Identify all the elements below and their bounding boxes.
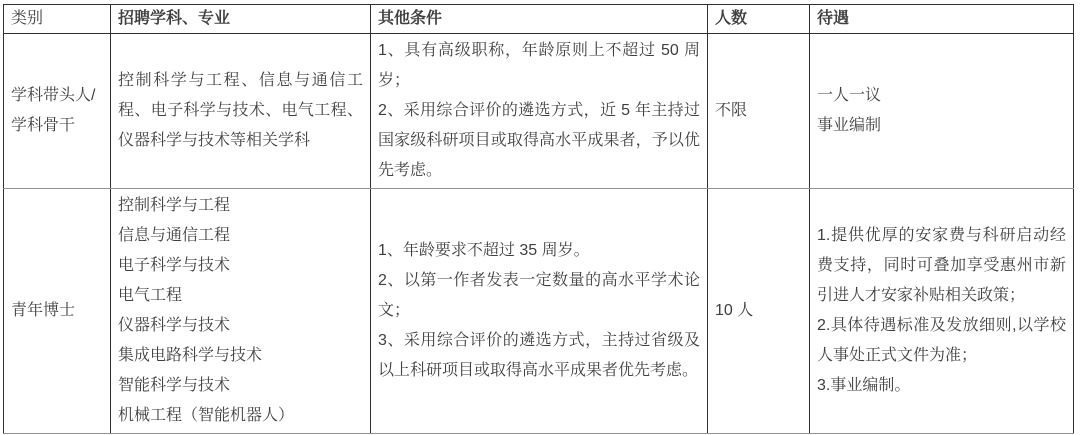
cell-benefits: 一人一议事业编制 [810, 34, 1074, 189]
cell-count: 10 人 [708, 189, 810, 434]
text-line: 1、具有高级职称，年龄原则上不超过 50 周岁； [378, 36, 700, 96]
cell-benefits: 1.提供优厚的安家费与科研启动经费支持，同时可叠加享受惠州市新引进人才安家补贴相… [810, 189, 1074, 434]
cell-category: 青年博士 [4, 189, 111, 434]
text-line: 2.具体待遇标准及发放细则,以学校人事处正式文件为准； [817, 311, 1066, 371]
column-header-count: 人数 [708, 5, 810, 34]
text-line: 仪器科学与技术 [118, 311, 363, 341]
column-header-conditions: 其他条件 [371, 5, 708, 34]
table-row-young-phd: 青年博士 控制科学与工程信息与通信工程电子科学与技术电气工程仪器科学与技术集成电… [4, 189, 1074, 434]
cell-conditions: 1、年龄要求不超过 35 周岁。2、以第一作者发表一定数量的高水平学术论文；3、… [371, 189, 708, 434]
text-line: 3、采用综合评价的遴选方式，主持过省级及以上科研项目或取得高水平成果者优先考虑。 [378, 326, 700, 386]
column-header-category: 类别 [4, 5, 111, 34]
text-line: 2、以第一作者发表一定数量的高水平学术论文； [378, 266, 700, 326]
page: 类别 招聘学科、专业 其他条件 人数 待遇 学科带头人/学科骨干 控制科学与工程… [0, 0, 1080, 434]
text-line: 集成电路科学与技术 [118, 341, 363, 371]
header-row: 类别 招聘学科、专业 其他条件 人数 待遇 [4, 5, 1074, 34]
cell-count: 不限 [708, 34, 810, 189]
text-line: 控制科学与工程、信息与通信工程、电子科学与技术、电气工程、仪器科学与技术等相关学… [118, 66, 363, 156]
text-line: 机械工程（智能机器人） [118, 401, 363, 431]
text-line: 1.提供优厚的安家费与科研启动经费支持，同时可叠加享受惠州市新引进人才安家补贴相… [817, 221, 1066, 311]
text-line: 3.事业编制。 [817, 371, 1066, 401]
cell-conditions: 1、具有高级职称，年龄原则上不超过 50 周岁；2、采用综合评价的遴选方式，近 … [371, 34, 708, 189]
text-line: 1、年龄要求不超过 35 周岁。 [378, 236, 700, 266]
text-line: 事业编制 [817, 111, 1066, 141]
column-header-benefits: 待遇 [810, 5, 1074, 34]
text-line: 信息与通信工程 [118, 221, 363, 251]
table-row-discipline-leader: 学科带头人/学科骨干 控制科学与工程、信息与通信工程、电子科学与技术、电气工程、… [4, 34, 1074, 189]
cell-category: 学科带头人/学科骨干 [4, 34, 111, 189]
cell-majors: 控制科学与工程信息与通信工程电子科学与技术电气工程仪器科学与技术集成电路科学与技… [111, 189, 371, 434]
cell-majors: 控制科学与工程、信息与通信工程、电子科学与技术、电气工程、仪器科学与技术等相关学… [111, 34, 371, 189]
text-line: 智能科学与技术 [118, 371, 363, 401]
text-line: 电气工程 [118, 281, 363, 311]
recruitment-table: 类别 招聘学科、专业 其他条件 人数 待遇 学科带头人/学科骨干 控制科学与工程… [3, 4, 1074, 434]
text-line: 控制科学与工程 [118, 191, 363, 221]
text-line: 2、采用综合评价的遴选方式，近 5 年主持过国家级科研项目或取得高水平成果者，予… [378, 96, 700, 186]
text-line: 一人一议 [817, 81, 1066, 111]
text-line: 电子科学与技术 [118, 251, 363, 281]
column-header-majors: 招聘学科、专业 [111, 5, 371, 34]
